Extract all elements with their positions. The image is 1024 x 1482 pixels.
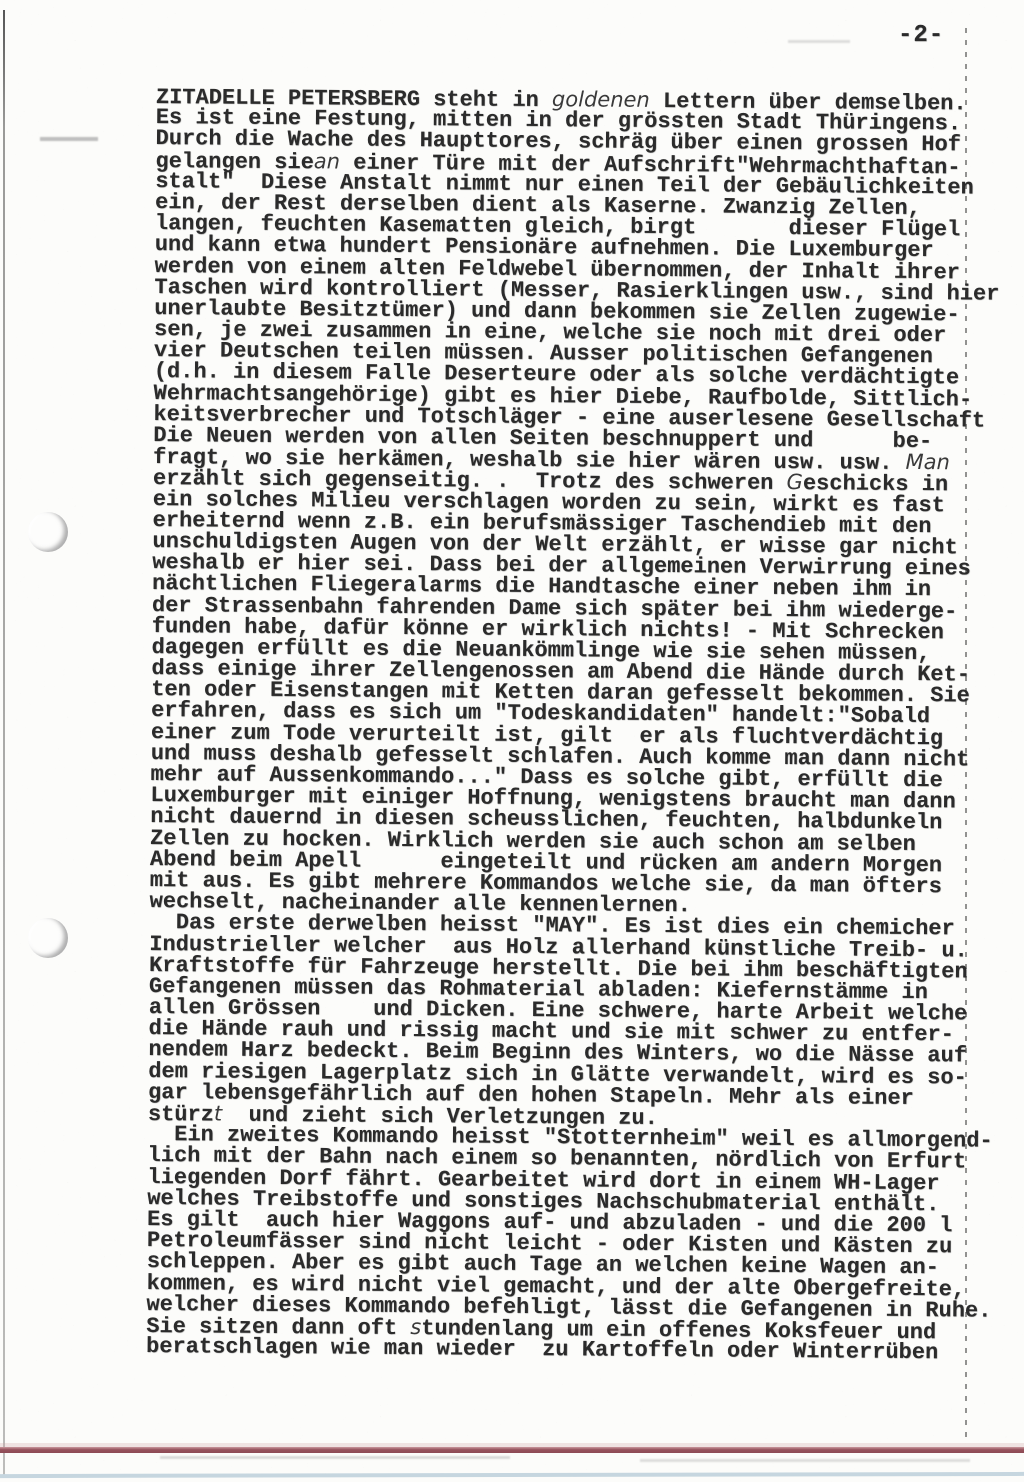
scan-smudge xyxy=(160,1456,510,1459)
scan-smudge xyxy=(640,1459,970,1462)
page-number: -2- xyxy=(898,22,944,49)
blue-divider-line xyxy=(0,1472,1024,1478)
scanned-document-page: -2- ZITADELLE PETERSBERG steht in golden… xyxy=(0,0,1024,1482)
text-line: beratschlagen wie man wieder zu Kartoffe… xyxy=(146,1336,1024,1364)
scan-smudge xyxy=(788,40,850,43)
handwritten-correction: Man xyxy=(906,450,950,474)
punch-hole-bottom xyxy=(28,918,68,958)
scan-edge-line-left xyxy=(3,10,5,1475)
document-text: ZITADELLE PETERSBERG steht in goldenen L… xyxy=(146,86,1024,1364)
scan-smudge xyxy=(40,137,98,141)
typed-text: beratschlagen wie man wieder zu Kartoffe… xyxy=(146,1334,938,1365)
punch-hole-top xyxy=(28,512,68,552)
red-divider-line xyxy=(0,1447,1024,1453)
